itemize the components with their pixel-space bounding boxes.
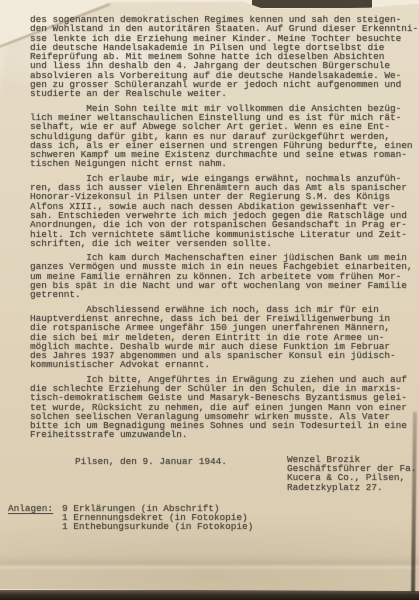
- signature-block: Wenzel Brozik Geschäftsführer der Fa. Ku…: [287, 455, 416, 492]
- paper-crease: [0, 556, 419, 570]
- paragraph-5: Abschliessend erwähne ich noch, dass ich…: [30, 305, 419, 370]
- paragraph-1: des sogenannten demokratischen Regimes k…: [30, 15, 419, 99]
- attachments-label: Anlagen:: [8, 504, 53, 513]
- date-signature-row: Pilsen, den 9. Januar 1944. Wenzel Brozi…: [30, 457, 419, 495]
- paragraph-6: Ich bitte, Angeführtes in Erwägung zu zi…: [30, 375, 419, 440]
- attachments-section: Anlagen: 9 Erklärungen (in Abschrift) 1 …: [8, 504, 419, 532]
- paragraph-4: Ich kam durch Machenschaften einer jüdis…: [30, 253, 419, 299]
- letter-body: des sogenannten demokratischen Regimes k…: [0, 0, 419, 532]
- paragraph-3: Ich erlaube mir, wie eingangs erwähnt, n…: [30, 174, 419, 248]
- paragraph-2: Mein Sohn teilte mit mir vollkommen die …: [30, 104, 419, 169]
- dateline: Pilsen, den 9. Januar 1944.: [75, 457, 227, 466]
- scanner-background-bottom: [0, 590, 419, 600]
- attachments-list: 9 Erklärungen (in Abschrift) 1 Ernennung…: [62, 504, 253, 532]
